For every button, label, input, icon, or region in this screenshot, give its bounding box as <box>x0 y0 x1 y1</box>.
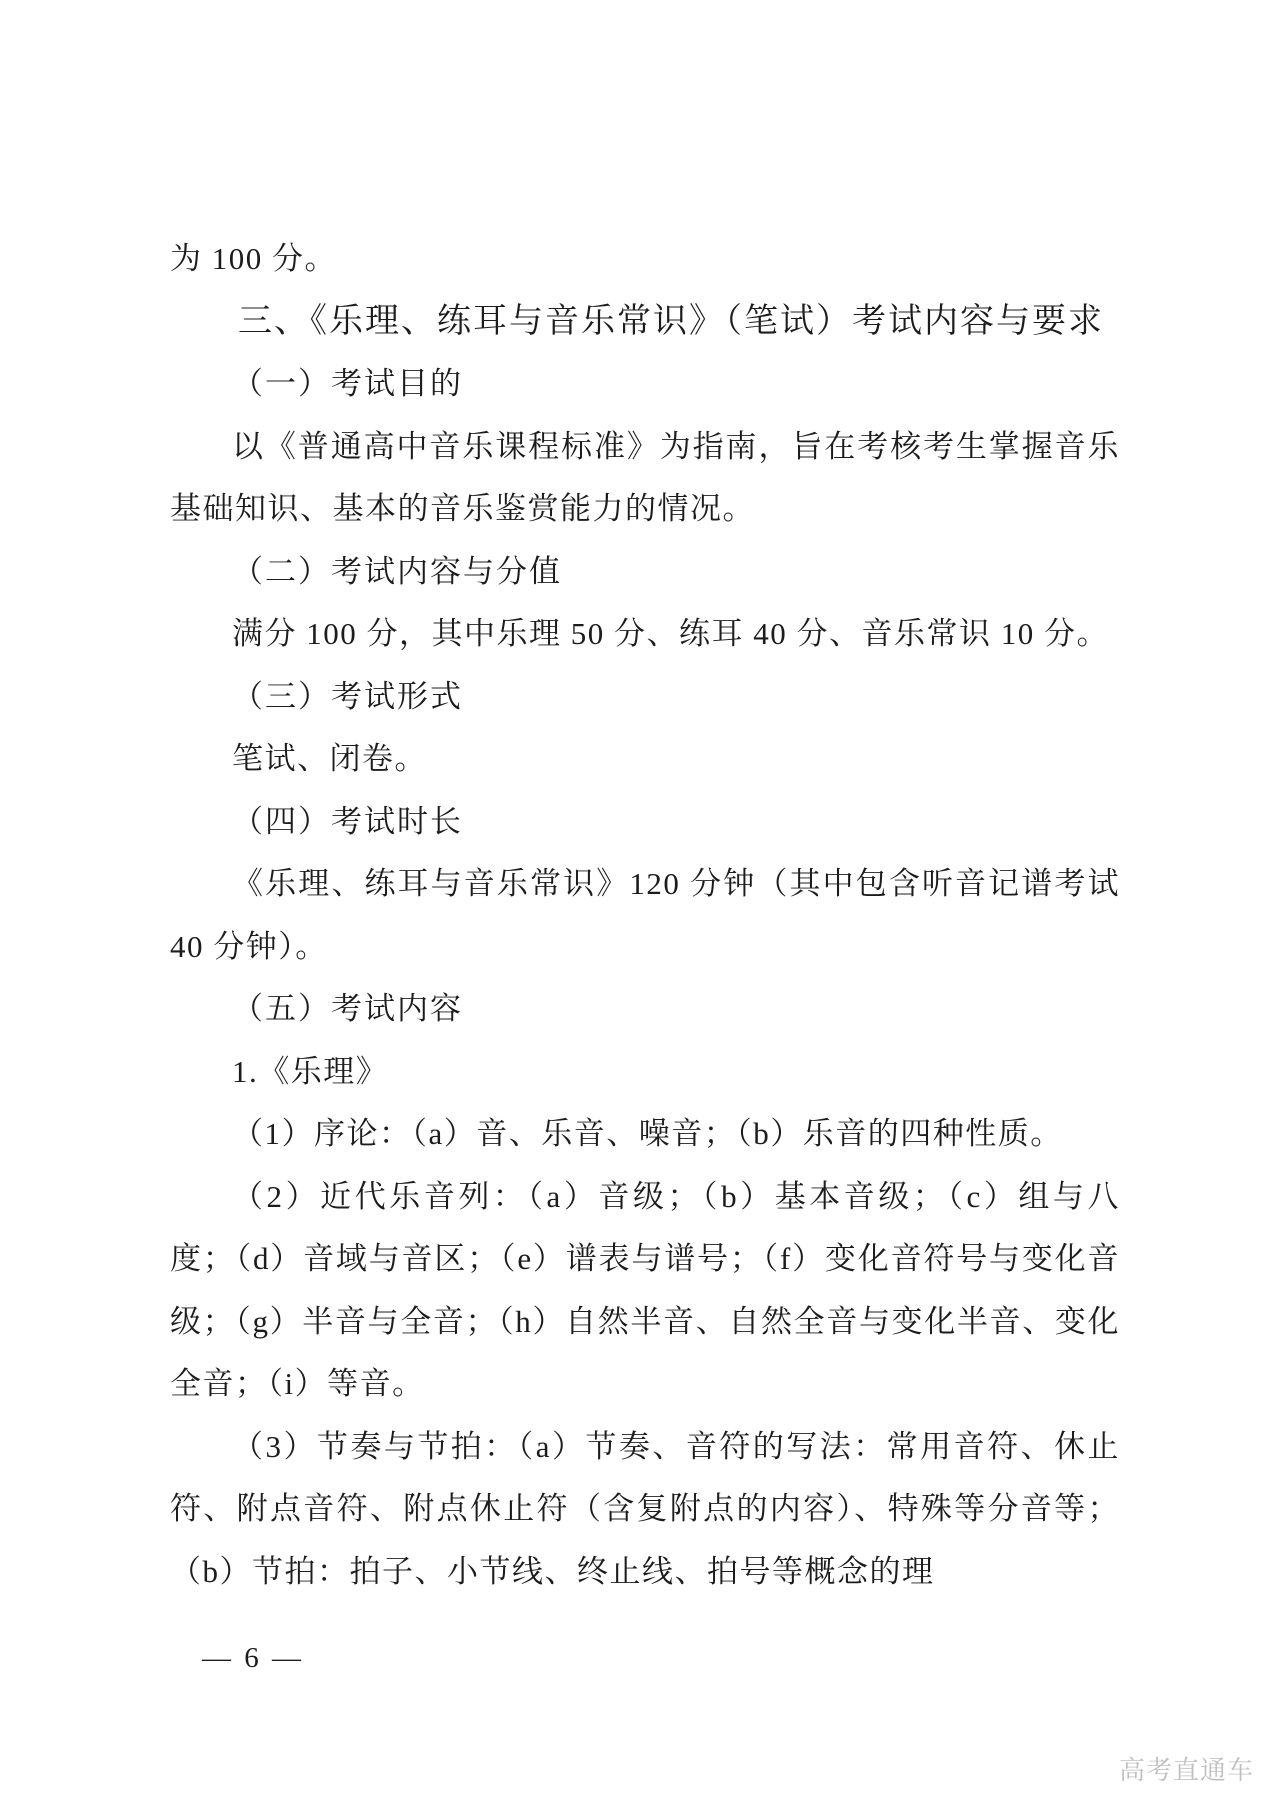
page-number: — 6 — <box>202 1642 304 1675</box>
section-heading-5: （五）考试内容 <box>170 978 1120 1041</box>
section-heading-2: （二）考试内容与分值 <box>170 541 1120 604</box>
continuation-paragraph: 为 100 分。 <box>170 228 1120 291</box>
section-heading-1: （一）考试目的 <box>170 353 1120 416</box>
paragraph-exam-purpose: 以《普通高中音乐课程标准》为指南，旨在考核考生掌握音乐基础知识、基本的音乐鉴赏能… <box>170 416 1120 541</box>
watermark: 高考直通车 <box>1119 1750 1254 1787</box>
paragraph-exam-format: 笔试、闭卷。 <box>170 728 1120 791</box>
paragraph-exam-duration: 《乐理、练耳与音乐常识》120 分钟（其中包含听音记谱考试 40 分钟）。 <box>170 853 1120 978</box>
paragraph-theory-item-2: （2）近代乐音列：（a）音级；（b）基本音级；（c）组与八度；（d）音域与音区；… <box>170 1166 1120 1416</box>
document-body: 为 100 分。 三、《乐理、练耳与音乐常识》（笔试）考试内容与要求 （一）考试… <box>170 228 1120 1603</box>
paragraph-theory-item-1: （1）序论：（a）音、乐音、噪音；（b）乐音的四种性质。 <box>170 1103 1120 1166</box>
section-heading-3: （三）考试形式 <box>170 666 1120 729</box>
paragraph-music-theory-title: 1.《乐理》 <box>170 1041 1120 1104</box>
document-page: 为 100 分。 三、《乐理、练耳与音乐常识》（笔试）考试内容与要求 （一）考试… <box>0 0 1280 1810</box>
paragraph-theory-item-3: （3）节奏与节拍：（a）节奏、音符的写法：常用音符、休止符、附点音符、附点休止符… <box>170 1416 1120 1604</box>
paragraph-exam-scores: 满分 100 分，其中乐理 50 分、练耳 40 分、音乐常识 10 分。 <box>170 603 1120 666</box>
section-heading-4: （四）考试时长 <box>170 791 1120 854</box>
main-heading: 三、《乐理、练耳与音乐常识》（笔试）考试内容与要求 <box>170 291 1120 354</box>
